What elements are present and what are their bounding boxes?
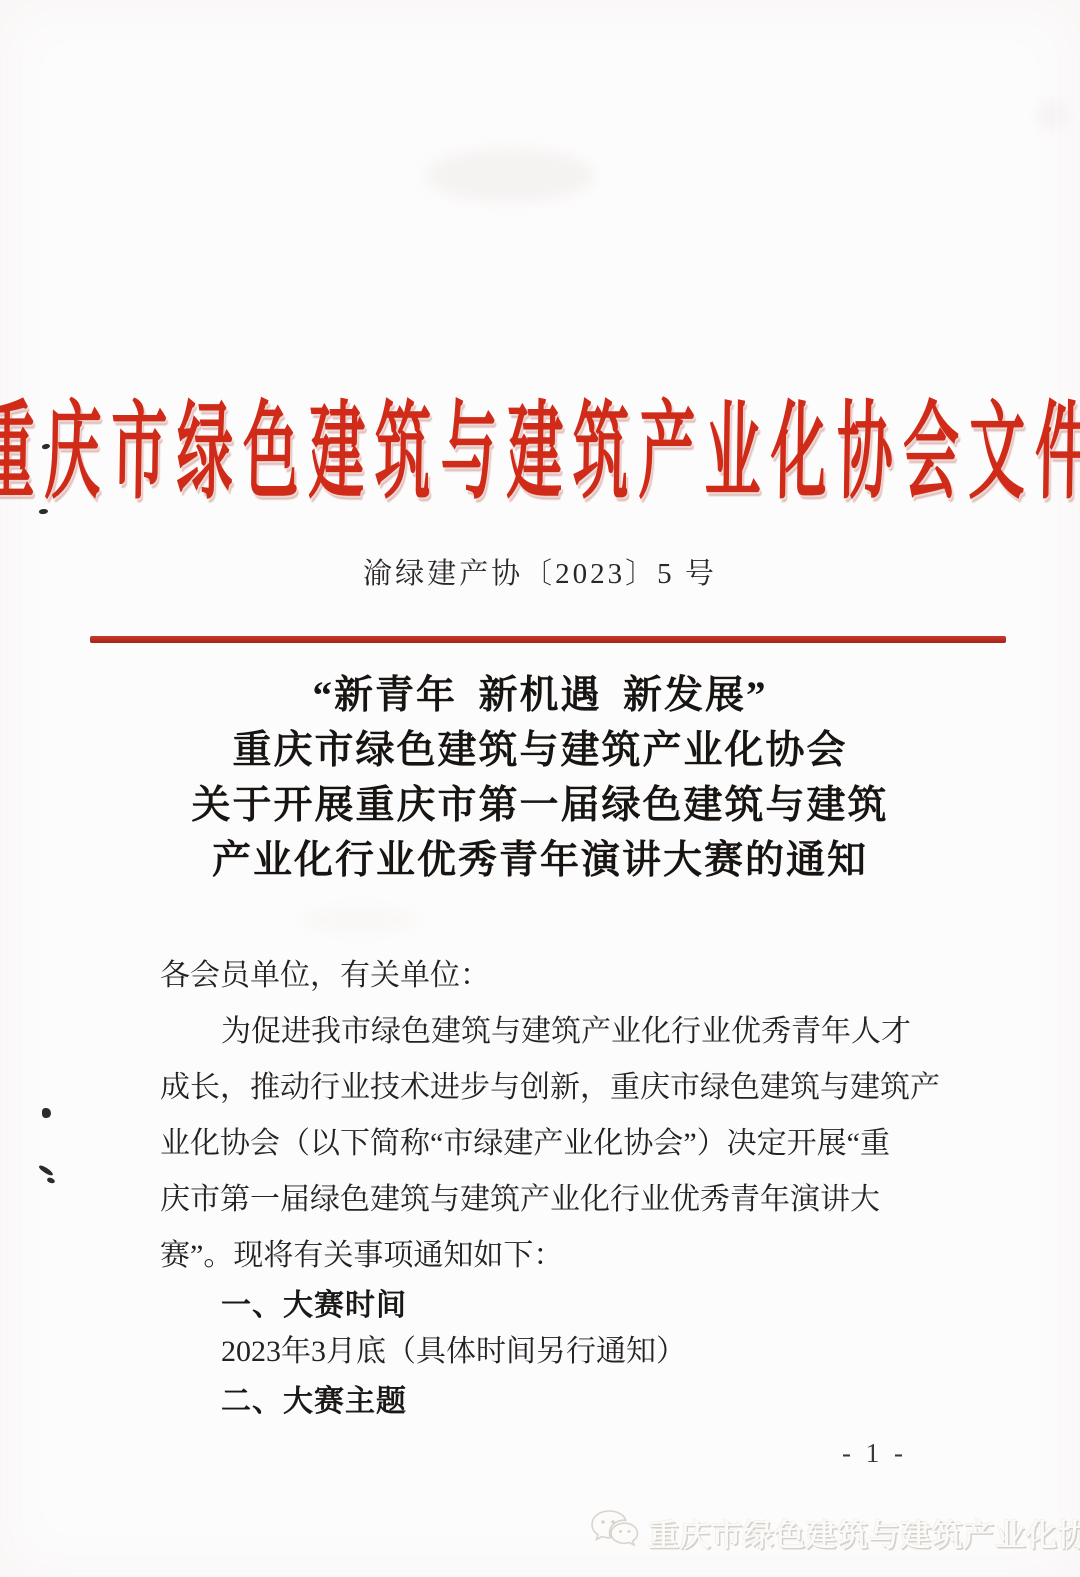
scan-speckle bbox=[42, 1108, 51, 1118]
document-title: “新青年 新机遇 新发展” 重庆市绿色建筑与建筑产业化协会 关于开展重庆市第一届… bbox=[0, 668, 1080, 888]
red-letterhead-title: 重庆市绿色建筑与建筑产业化协会文件 bbox=[0, 392, 1080, 498]
watermark-text: 重庆市绿色建筑与建筑产业化协会 bbox=[648, 1510, 1080, 1555]
section-1-content: 2023年3月底（具体时间另行通知） bbox=[160, 1328, 946, 1376]
title-line: 重庆市绿色建筑与建筑产业化协会 bbox=[0, 723, 1080, 778]
body-line: 为促进我市绿色建筑与建筑产业化行业优秀青年人才 bbox=[160, 1004, 946, 1060]
body-line: 庆市第一届绿色建筑与建筑产业化行业优秀青年演讲大 bbox=[160, 1172, 946, 1228]
watermark-footer: 重庆市绿色建筑与建筑产业化协会 bbox=[588, 1506, 1080, 1558]
scan-smudge bbox=[1035, 100, 1069, 130]
letterhead-text: 重庆市绿色建筑与建筑产业化协会文件 bbox=[0, 369, 1080, 521]
red-divider-line bbox=[90, 636, 1006, 643]
body-line: 赛”。现将有关事项通知如下： bbox=[160, 1228, 946, 1284]
body-line: 成长，推动行业技术进步与创新，重庆市绿色建筑与建筑产 bbox=[160, 1060, 946, 1116]
scan-smudge bbox=[425, 148, 595, 203]
body-line: 业化协会（以下简称“市绿建产业化协会”）决定开展“重 bbox=[160, 1116, 946, 1172]
scan-smudge bbox=[300, 905, 420, 935]
title-line: 关于开展重庆市第一届绿色建筑与建筑 bbox=[0, 778, 1080, 833]
title-line: 产业化行业优秀青年演讲大赛的通知 bbox=[0, 833, 1080, 888]
scan-speckle bbox=[38, 1164, 54, 1177]
section-heading-2: 二、大赛主题 bbox=[160, 1376, 946, 1428]
title-line: “新青年 新机遇 新发展” bbox=[0, 668, 1080, 723]
wechat-logo-icon bbox=[588, 1507, 640, 1558]
document-number: 渝绿建产协〔2023〕5 号 bbox=[0, 556, 1080, 592]
salutation: 各会员单位，有关单位： bbox=[160, 948, 946, 1004]
page-number: - 1 - bbox=[842, 1438, 907, 1469]
document-body: 各会员单位，有关单位： 为促进我市绿色建筑与建筑产业化行业优秀青年人才 成长，推… bbox=[160, 948, 946, 1428]
scan-speckle bbox=[46, 1177, 55, 1184]
document-page: 重庆市绿色建筑与建筑产业化协会文件 渝绿建产协〔2023〕5 号 “新青年 新机… bbox=[0, 0, 1080, 1577]
section-heading-1: 一、大赛时间 bbox=[160, 1284, 946, 1328]
